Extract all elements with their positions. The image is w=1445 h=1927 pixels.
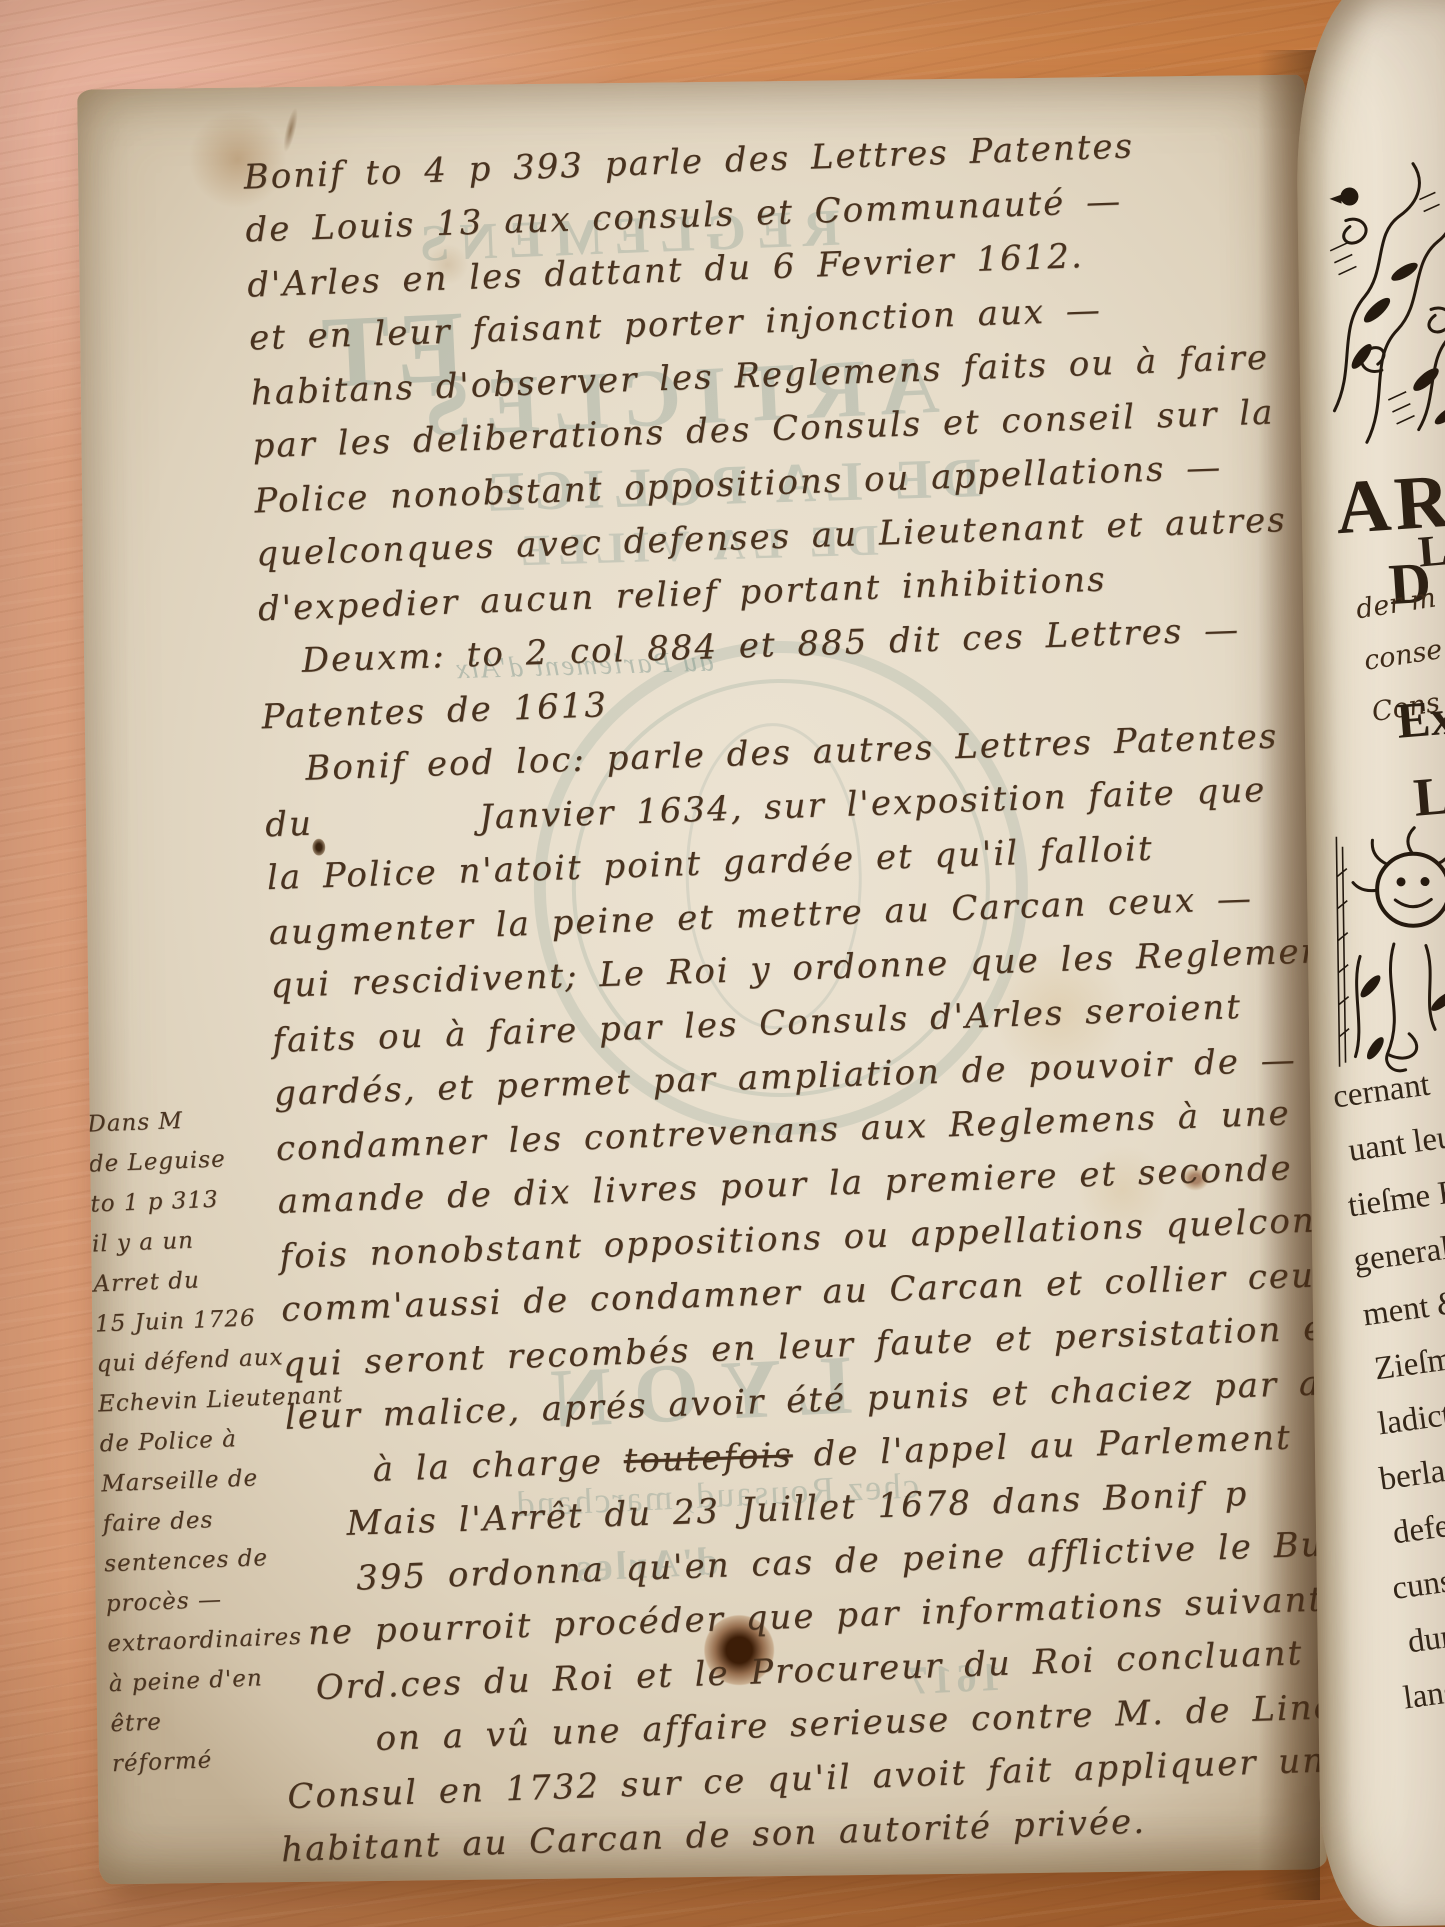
photo-of-manuscript: REGLEMENS ET ARTICLES DE LA POLICE DE LA… (0, 0, 1445, 1927)
printed-page: ARE D L der m conse Cons Ex L (1294, 0, 1445, 1927)
printed-letter-fragment: L (1416, 524, 1445, 577)
handwritten-text-block: Bonif to 4 p 393 parle des Lettres Paten… (243, 114, 1327, 1877)
strike-post: de l'appel au Parlement (792, 1418, 1292, 1476)
strike-pre: à la charge (372, 1441, 624, 1490)
paper-tear (280, 106, 300, 153)
decorated-initial-engraving (1328, 815, 1445, 1087)
manuscript-page: REGLEMENS ET ARTICLES DE LA POLICE DE LA… (77, 75, 1327, 1885)
printed-ex-fragment: Ex (1394, 687, 1445, 750)
headpiece-engraving (1319, 159, 1445, 451)
margin-annotation: Dans M de Leguise to 1 p 313 il y a un A… (87, 1096, 343, 1784)
printed-text-column: cernant uant leu tieſme F general ment &… (1330, 1054, 1445, 1725)
struck-word: toutefois (623, 1435, 794, 1481)
